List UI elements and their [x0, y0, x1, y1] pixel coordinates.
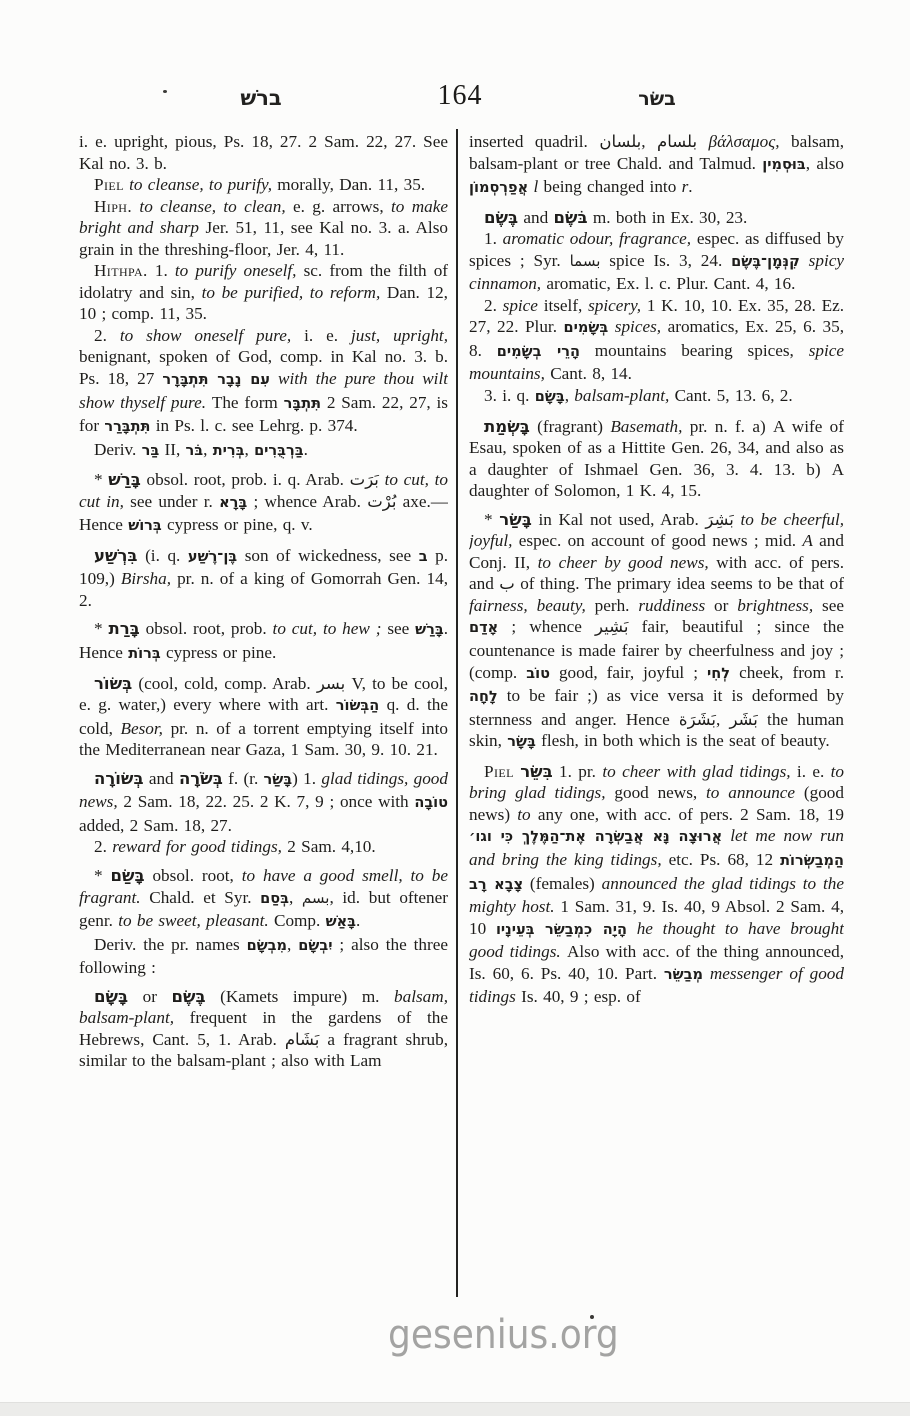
scan-speck: [590, 1315, 594, 1319]
text-run-ar: بلسام: [657, 132, 697, 151]
text-run-n: [627, 919, 637, 938]
text-run-n: spice Is. 3, 24.: [600, 251, 731, 270]
text-run-i: to purify oneself,: [175, 261, 304, 280]
text-run-i: to announce: [706, 783, 804, 802]
text-run-he: יִבְשָׂם: [298, 938, 332, 954]
paragraph: 2. reward for good tidings, 2 Sam. 4,10.: [79, 836, 448, 858]
text-run-n: etc. Ps. 68, 12: [669, 850, 780, 869]
text-run-i: fairness, beauty,: [469, 596, 595, 615]
text-run-n: 1.: [484, 229, 503, 248]
text-run-n: ) 1.: [292, 769, 321, 788]
text-run-heh: בָּרַת: [108, 619, 139, 638]
text-run-sy: بسم: [302, 889, 330, 907]
text-run-n: 2.: [94, 326, 120, 345]
text-run-heh: בָּשַׂר: [499, 510, 532, 529]
text-run-n: 2.: [484, 296, 503, 315]
text-run-n: being changed into: [538, 177, 681, 196]
text-run-he: ב: [419, 549, 428, 565]
text-run-n: .: [688, 177, 692, 196]
text-run-n: cypress or pine.: [161, 643, 277, 662]
text-run-he: מְבַשֵּׂר: [664, 967, 703, 983]
text-run-n: obsol. root, prob.: [140, 619, 273, 638]
text-run-he: בָּשָׂם: [535, 389, 565, 405]
text-run-ar: بُرْت: [367, 492, 396, 511]
text-run-n: (Kamets impure) m.: [206, 987, 394, 1006]
text-run-heh: בָּשָׂם: [94, 987, 128, 1006]
text-run-he: בְּרוֹשׁ: [128, 518, 162, 534]
paragraph: Piel to cleanse, to purify, morally, Dan…: [79, 174, 448, 196]
text-run-i: to be sweet, pleasant.: [118, 911, 274, 930]
text-run-n: Cant. 5, 13. 6, 2.: [675, 386, 793, 405]
right-column: inserted quadril. بلسان, بلسام βάλσαμος,…: [469, 131, 844, 1341]
text-run-n: ,: [289, 888, 302, 907]
text-run-he: בַּרְבֻּרִים: [254, 443, 304, 459]
text-run-n: 2 Sam. 18, 22. 25. 2 K. 7, 9 ; once with: [123, 792, 414, 811]
text-run-i: Birsha,: [121, 569, 177, 588]
page-number: 164: [415, 80, 505, 112]
text-run-heh: בָּשְׂמַת: [484, 417, 530, 436]
text-run-he: בְּרִית: [213, 443, 245, 459]
text-run-n: son of wickedness, see: [237, 546, 419, 565]
text-run-he: בֹּר: [186, 443, 204, 459]
text-run-n: cypress or pine, q. v.: [162, 515, 313, 534]
text-run-n: ,: [565, 386, 575, 405]
text-run-heh: בֶּשֶׂם: [484, 208, 518, 227]
text-run-n: *: [484, 510, 499, 529]
text-run-ar: بَرَت: [350, 470, 379, 489]
paragraph: * בָּשַׂם obsol. root, to have a good sm…: [79, 865, 448, 934]
paragraph: Deriv. בַּר II, בֹּר, בְּרִית, בַּרְבֻּר…: [79, 439, 448, 463]
text-run-n: see under r.: [130, 492, 219, 511]
text-run-n: and: [144, 769, 179, 788]
text-run-n: Deriv. the pr. names: [94, 935, 247, 954]
header-keyword-left: ברשׁ: [226, 86, 296, 110]
text-run-n: ,: [203, 440, 213, 459]
text-run-n: , also: [806, 154, 844, 173]
text-run-n: 2.: [94, 837, 112, 856]
text-run-n: ,: [641, 132, 657, 151]
text-run-he: בָּרָא: [219, 495, 247, 511]
text-run-n: i. e.: [797, 762, 831, 781]
text-run-n: flesh, in both which is the seat of beau…: [536, 731, 830, 750]
text-run-n: 2 Sam. 4,10.: [287, 837, 375, 856]
text-run-he: בַּר: [142, 443, 160, 459]
paragraph: בְּשׂוֹרָה and בְּשֹׂרָה f. (r. בָּשַׂר)…: [79, 768, 448, 837]
text-run-n: of thing. The primary idea seems to be t…: [515, 574, 844, 593]
text-run-sy: بسما: [570, 252, 601, 270]
text-run-n: aromatic, Ex. l. c. Plur. Cant. 4, 16.: [546, 274, 795, 293]
text-run-i: to cut, to hew ;: [273, 619, 388, 638]
text-run-heh: בִּרְשַׁע: [94, 546, 138, 565]
text-run-n: ; whence: [498, 617, 595, 636]
text-run-he: אֲרוּצָה נָּא אֲבַשְּׂרָה אֶת־הַמֶּלֶךְ …: [469, 829, 722, 845]
text-run-n: morally, Dan. 11, 35.: [277, 175, 425, 194]
text-run-n: inserted quadril.: [469, 132, 599, 151]
column-divider: [456, 129, 458, 1297]
paragraph: i. e. upright, pious, Ps. 18, 27. 2 Sam.…: [79, 131, 448, 174]
text-run-n: espec. on account of good news ; mid.: [519, 531, 803, 550]
text-run-he: תִּתְבָּר: [284, 396, 321, 412]
text-run-n: i. e. upright, pious, Ps. 18, 27. 2 Sam.…: [79, 132, 448, 173]
text-run-n: Is. 40, 9 ; esp. of: [521, 987, 641, 1006]
text-run-gr: βάλσαμος,: [709, 132, 780, 151]
text-run-i: to be purified, to reform,: [202, 283, 387, 302]
text-run-he: בֶּן־רֶשַׁע: [188, 549, 237, 565]
text-run-n: any one, with acc. of pers. 2 Sam. 18, 1…: [538, 805, 844, 824]
text-run-he: אָדַם: [469, 620, 498, 636]
text-run-i: ruddiness: [638, 596, 714, 615]
text-run-i: aromatic odour, fragrance,: [503, 229, 697, 248]
paragraph: בָּשָׂם or בֶּשֶׂם (Kamets impure) m. ba…: [79, 986, 448, 1072]
text-run-n: ,: [244, 440, 254, 459]
text-run-he: אֲפַרְסְמוֹן: [469, 180, 528, 196]
text-run-i: A: [802, 531, 813, 550]
text-run-n: cheek, from r.: [730, 663, 844, 682]
text-run-heh: בְּשׂוֹר: [94, 674, 132, 693]
text-run-n: *: [94, 470, 108, 489]
text-run-n: (females): [523, 874, 602, 893]
text-run-i: to cheer by good news,: [538, 553, 717, 572]
paragraph: בָּשְׂמַת (fragrant) Basemath, pr. n. f.…: [469, 416, 844, 502]
paragraph: בֶּשֶׂם and בֹּשֶׂם m. both in Ex. 30, 2…: [469, 207, 844, 229]
text-run-n: good news,: [614, 783, 706, 802]
text-run-he: עִם נָבָר תִּתְבָּרָר: [162, 372, 270, 388]
text-run-he: הָיָה כִמְבַשֵּׂר בְּעֵינָיו: [496, 922, 627, 938]
text-run-n: mountains bearing spices,: [580, 341, 809, 360]
text-run-n: (i. q.: [138, 546, 188, 565]
text-run-i: spices,: [615, 317, 668, 336]
text-run-n: Chald. et Syr.: [149, 888, 260, 907]
text-run-n: f. (r.: [223, 769, 264, 788]
text-run-sc: Piel: [484, 762, 514, 781]
text-run-heh: בֶּשֶׂם: [171, 987, 205, 1006]
text-run-sc: Hiph.: [94, 197, 132, 216]
text-run-he: קִנְּמָן־בֶּשֶׂם: [731, 254, 800, 270]
text-run-heh: בָּשַׂם: [110, 866, 144, 885]
text-run-i: just, upright,: [351, 326, 448, 345]
text-run-n: obsol. root, prob. i. q. Arab.: [141, 470, 350, 489]
paragraph: * בָּרַת obsol. root, prob. to cut, to h…: [79, 618, 448, 665]
text-run-n: (cool, cold, comp. Arab.: [132, 674, 317, 693]
text-run-he: טוֹבָה: [414, 795, 448, 811]
paragraph: * בָּשַׂר in Kal not used, Arab. بَشِرَ …: [469, 509, 844, 754]
text-run-i: balsam-plant,: [574, 386, 674, 405]
text-run-he: בָּשַׂר: [264, 772, 293, 788]
paragraph: inserted quadril. بلسان, بلسام βάλσαμος,…: [469, 131, 844, 200]
paragraph: Deriv. the pr. names מִבְשָׂם, יִבְשָׂם …: [79, 934, 448, 979]
text-run-n: II,: [159, 440, 185, 459]
text-run-he: לָחָה: [469, 689, 498, 705]
text-run-ar: بلسان: [599, 132, 641, 151]
text-run-n: (fragrant): [530, 417, 611, 436]
scan-edge: [0, 1402, 910, 1416]
text-run-n: and: [518, 208, 553, 227]
paragraph: Hithpa. 1. to purify oneself, sc. from t…: [79, 260, 448, 325]
text-run-heh: בָּרַשׁ: [108, 470, 141, 489]
text-run-he: הָרֵי בְשָׂמִים: [497, 344, 580, 360]
text-run-he: טוֹב: [526, 666, 550, 682]
text-run-he: הַבְּשׂוֹר: [336, 698, 380, 714]
text-run-he: בָּאַשׁ: [326, 914, 356, 930]
text-run-ar: بَشَرَة: [679, 710, 716, 729]
text-run-n: .: [304, 440, 308, 459]
paragraph: 3. i. q. בָּשָׂם, balsam-plant, Cant. 5,…: [469, 385, 844, 409]
text-run-ar: ب: [499, 574, 515, 593]
text-run-ar: بَشِير: [595, 617, 628, 636]
paragraph: Hiph. to cleanse, to clean, e. g. arrows…: [79, 196, 448, 261]
text-run-i: to cleanse, to purify,: [124, 175, 277, 194]
text-run-n: ; whence Arab.: [247, 492, 367, 511]
text-run-ar: بسر: [317, 674, 345, 693]
paragraph: בְּשׂוֹר (cool, cold, comp. Arab. بسر V,…: [79, 673, 448, 761]
text-run-he: מִבְשָׂם: [247, 938, 287, 954]
text-run-n: or: [128, 987, 171, 1006]
text-run-n: Comp.: [274, 911, 326, 930]
text-run-n: i. e.: [304, 326, 351, 345]
text-run-n: 1. pr.: [553, 762, 603, 781]
text-run-heh: בֹּשֶׂם: [554, 208, 588, 227]
text-run-he: לְחִי: [707, 666, 730, 682]
paragraph: 2. spice itself, spicery, 1 K. 10, 10. E…: [469, 295, 844, 385]
scan-speck: [163, 90, 167, 93]
watermark: gesenius.org: [388, 1312, 619, 1358]
text-run-he: בָּשָׂר: [507, 734, 536, 750]
text-run-n: added, 2 Sam. 18, 27.: [79, 816, 232, 835]
text-run-i: Besor,: [120, 719, 170, 738]
text-run-i: spice: [503, 296, 544, 315]
text-run-n: perh.: [595, 596, 639, 615]
text-run-ar: بَشِرَ: [705, 510, 733, 529]
text-run-he: בּוּסְמִין: [762, 157, 805, 173]
text-run-n: or: [714, 596, 737, 615]
text-run-n: in Kal not used, Arab.: [532, 510, 706, 529]
text-run-he: בְּשָׂמִים: [564, 320, 609, 336]
paragraph: 2. to show oneself pure, i. e. just, upr…: [79, 325, 448, 439]
paragraph: 1. aromatic odour, fragrance, espec. as …: [469, 228, 844, 295]
text-run-i: brightness,: [737, 596, 822, 615]
text-run-sc: Piel: [94, 175, 124, 194]
text-run-n: Cant. 8, 14.: [550, 364, 632, 383]
text-run-i: to: [517, 805, 538, 824]
text-run-i: to show oneself pure,: [120, 326, 304, 345]
text-run-n: The form: [212, 393, 284, 412]
text-run-i: to cheer with glad tidings,: [602, 762, 797, 781]
text-run-n: *: [94, 866, 110, 885]
text-run-n: e. g. arrows,: [293, 197, 391, 216]
scanned-page: ברשׁ 164 בשׂר i. e. upright, pious, Ps. …: [0, 0, 910, 1416]
text-run-n: .: [356, 911, 360, 930]
text-run-heh: בִּשֵּׂר: [520, 762, 553, 781]
text-run-he: בְּסַם: [260, 891, 289, 907]
text-run-heh: בְּשֹׂרָה: [179, 769, 223, 788]
text-run-i: Basemath,: [610, 417, 689, 436]
header-keyword-right: בשׂר: [622, 88, 692, 110]
text-run-n: see: [387, 619, 415, 638]
text-run-n: obsol. root,: [145, 866, 242, 885]
text-run-n: Deriv.: [94, 440, 142, 459]
text-run-ar: بَشَام: [285, 1030, 320, 1049]
text-run-he: בָּרַשׁ: [415, 622, 444, 638]
text-run-n: *: [94, 619, 108, 638]
text-run-sc: Hithpa.: [94, 261, 148, 280]
text-run-n: 3. i. q.: [484, 386, 535, 405]
text-run-n: m. both in Ex. 30, 23.: [588, 208, 748, 227]
text-run-n: [703, 964, 710, 983]
text-run-n: 1.: [148, 261, 175, 280]
text-run-ar: بَشَر: [729, 710, 757, 729]
text-run-i: reward for good tidings,: [112, 837, 287, 856]
text-run-he: בְּרוֹת: [128, 646, 160, 662]
text-run-n: itself,: [544, 296, 588, 315]
text-run-n: ,: [287, 935, 298, 954]
left-column: i. e. upright, pious, Ps. 18, 27. 2 Sam.…: [79, 131, 448, 1317]
text-run-i: to cleanse, to clean,: [132, 197, 293, 216]
paragraph: * בָּרַשׁ obsol. root, prob. i. q. Arab.…: [79, 469, 448, 538]
text-run-n: see: [822, 596, 844, 615]
text-run-n: [697, 132, 708, 151]
text-run-he: תִּתְבָּרַר: [104, 419, 150, 435]
text-run-i: spicery,: [588, 296, 647, 315]
text-run-n: ,: [716, 710, 729, 729]
paragraph: בִּרְשַׁע (i. q. בֶּן־רֶשַׁע son of wick…: [79, 545, 448, 612]
paragraph: Piel בִּשֵּׂר 1. pr. to cheer with glad …: [469, 761, 844, 1008]
text-run-heh: בְּשׂוֹרָה: [94, 769, 144, 788]
text-run-n: good, fair, joyful ;: [550, 663, 707, 682]
text-run-n: in Ps. l. c. see Lehrg. p. 374.: [150, 416, 357, 435]
